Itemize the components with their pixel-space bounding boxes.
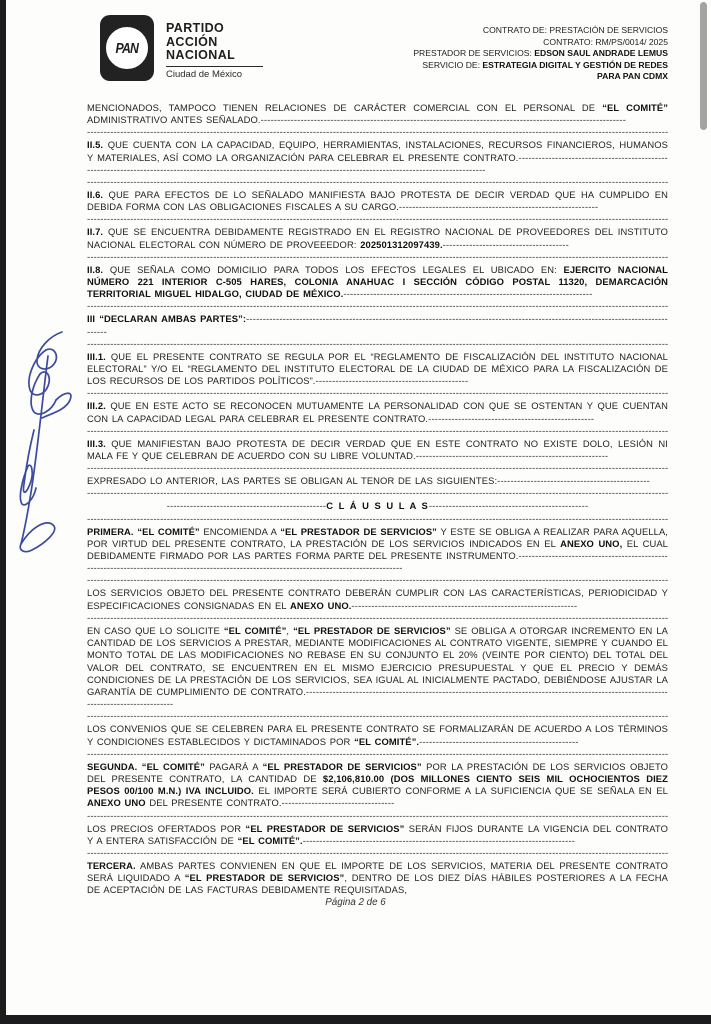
- contract-type-line: CONTRATO DE: PRESTACIÓN DE SERVICIOS: [413, 25, 668, 37]
- pan-logo-acronym: PAN: [116, 40, 139, 57]
- contract-paragraph: LOS SERVICIOS OBJETO DEL PRESENTE CONTRA…: [87, 587, 668, 611]
- dash-rule: ----------------------------------------…: [87, 176, 668, 188]
- party-name-line3: NACIONAL: [166, 49, 263, 63]
- dash-rule: ----------------------------------------…: [87, 338, 668, 350]
- dash-rule: ----------------------------------------…: [87, 251, 668, 263]
- contract-paragraph: SEGUNDA. “EL COMITÉ” PAGARÁ A “EL PRESTA…: [87, 761, 668, 810]
- contract-paragraph: LOS CONVENIOS QUE SE CELEBREN PARA EL PR…: [87, 723, 668, 747]
- contract-paragraph: EXPRESADO LO ANTERIOR, LAS PARTES SE OBL…: [87, 475, 668, 487]
- contract-paragraph: TERCERA. AMBAS PARTES CONVIENEN EN QUE E…: [87, 860, 668, 897]
- pan-logo: PAN: [100, 15, 154, 81]
- dash-rule: ----------------------------------------…: [87, 387, 668, 399]
- contract-paragraph: III.1. QUE EL PRESENTE CONTRATO SE REGUL…: [87, 351, 668, 388]
- dash-rule: ----------------------------------------…: [87, 213, 668, 225]
- handwritten-signature: [4, 326, 86, 558]
- contract-paragraph: PRIMERA. “EL COMITÉ” ENCOMIENDA A “EL PR…: [87, 526, 668, 575]
- dash-rule: ----------------------------------------…: [87, 126, 668, 138]
- dash-rule: ----------------------------------------…: [87, 612, 668, 624]
- party-region: Ciudad de México: [166, 69, 263, 80]
- contract-paragraph: II.6. QUE PARA EFECTOS DE LO SEÑALADO MA…: [87, 189, 668, 213]
- party-name-block: PARTIDO ACCIÓN NACIONAL Ciudad de México: [166, 22, 263, 80]
- contract-paragraph: ----------------------------------------…: [87, 500, 668, 512]
- contract-paragraph: III.2. QUE EN ESTE ACTO SE RECONOCEN MUT…: [87, 400, 668, 424]
- service-line: SERVICIO DE: ESTRATEGIA DIGITAL Y GESTIÓ…: [413, 60, 668, 72]
- document-page: PAN PARTIDO ACCIÓN NACIONAL Ciudad de Mé…: [0, 0, 711, 1024]
- dash-rule: ----------------------------------------…: [87, 810, 668, 822]
- scan-edge-bottom: [0, 1015, 711, 1024]
- provider-line: PRESTADOR DE SERVICIOS: EDSON SAUL ANDRA…: [413, 48, 668, 60]
- dash-rule: ----------------------------------------…: [87, 847, 668, 859]
- party-name-line2: ACCIÓN: [166, 36, 263, 50]
- dash-rule: ----------------------------------------…: [87, 710, 668, 722]
- contract-paragraph: MENCIONADOS, TAMPOCO TIENEN RELACIONES D…: [87, 102, 668, 126]
- dash-rule: ----------------------------------------…: [87, 425, 668, 437]
- contract-paragraph: III “DECLARAN AMBAS PARTES”:------------…: [87, 313, 668, 337]
- contract-info: CONTRATO DE: PRESTACIÓN DE SERVICIOS CON…: [413, 25, 668, 83]
- dash-rule: ----------------------------------------…: [87, 574, 668, 586]
- contract-paragraph: II.7. QUE SE ENCUENTRA DEBIDAMENTE REGIS…: [87, 226, 668, 250]
- page-number: Página 2 de 6: [0, 897, 711, 908]
- contract-paragraph: III.3. QUE MANIFIESTAN BAJO PROTESTA DE …: [87, 438, 668, 462]
- dash-rule: ----------------------------------------…: [87, 487, 668, 499]
- contract-paragraph: II.8. QUE SEÑALA COMO DOMICILIO PARA TOD…: [87, 264, 668, 301]
- contract-body: MENCIONADOS, TAMPOCO TIENEN RELACIONES D…: [87, 102, 668, 897]
- dash-rule: ----------------------------------------…: [87, 748, 668, 760]
- pan-logo-circle: PAN: [103, 24, 151, 72]
- contract-paragraph: LOS PRECIOS OFERTADOS POR “EL PRESTADOR …: [87, 823, 668, 847]
- contract-paragraph: EN CASO QUE LO SOLICITE “EL COMITÉ”, “EL…: [87, 625, 668, 710]
- party-name-line1: PARTIDO: [166, 22, 263, 36]
- contract-paragraph: II.5. QUE CUENTA CON LA CAPACIDAD, EQUIP…: [87, 139, 668, 176]
- scrollbar-thumb[interactable]: [700, 2, 707, 130]
- dash-rule: ----------------------------------------…: [87, 300, 668, 312]
- dash-rule: ----------------------------------------…: [87, 513, 668, 525]
- contract-number-line: CONTRATO: RM/PS/0014/ 2025: [413, 37, 668, 49]
- party-divider: [166, 66, 263, 68]
- service-line2: PARA PAN CDMX: [413, 71, 668, 83]
- dash-rule: ----------------------------------------…: [87, 462, 668, 474]
